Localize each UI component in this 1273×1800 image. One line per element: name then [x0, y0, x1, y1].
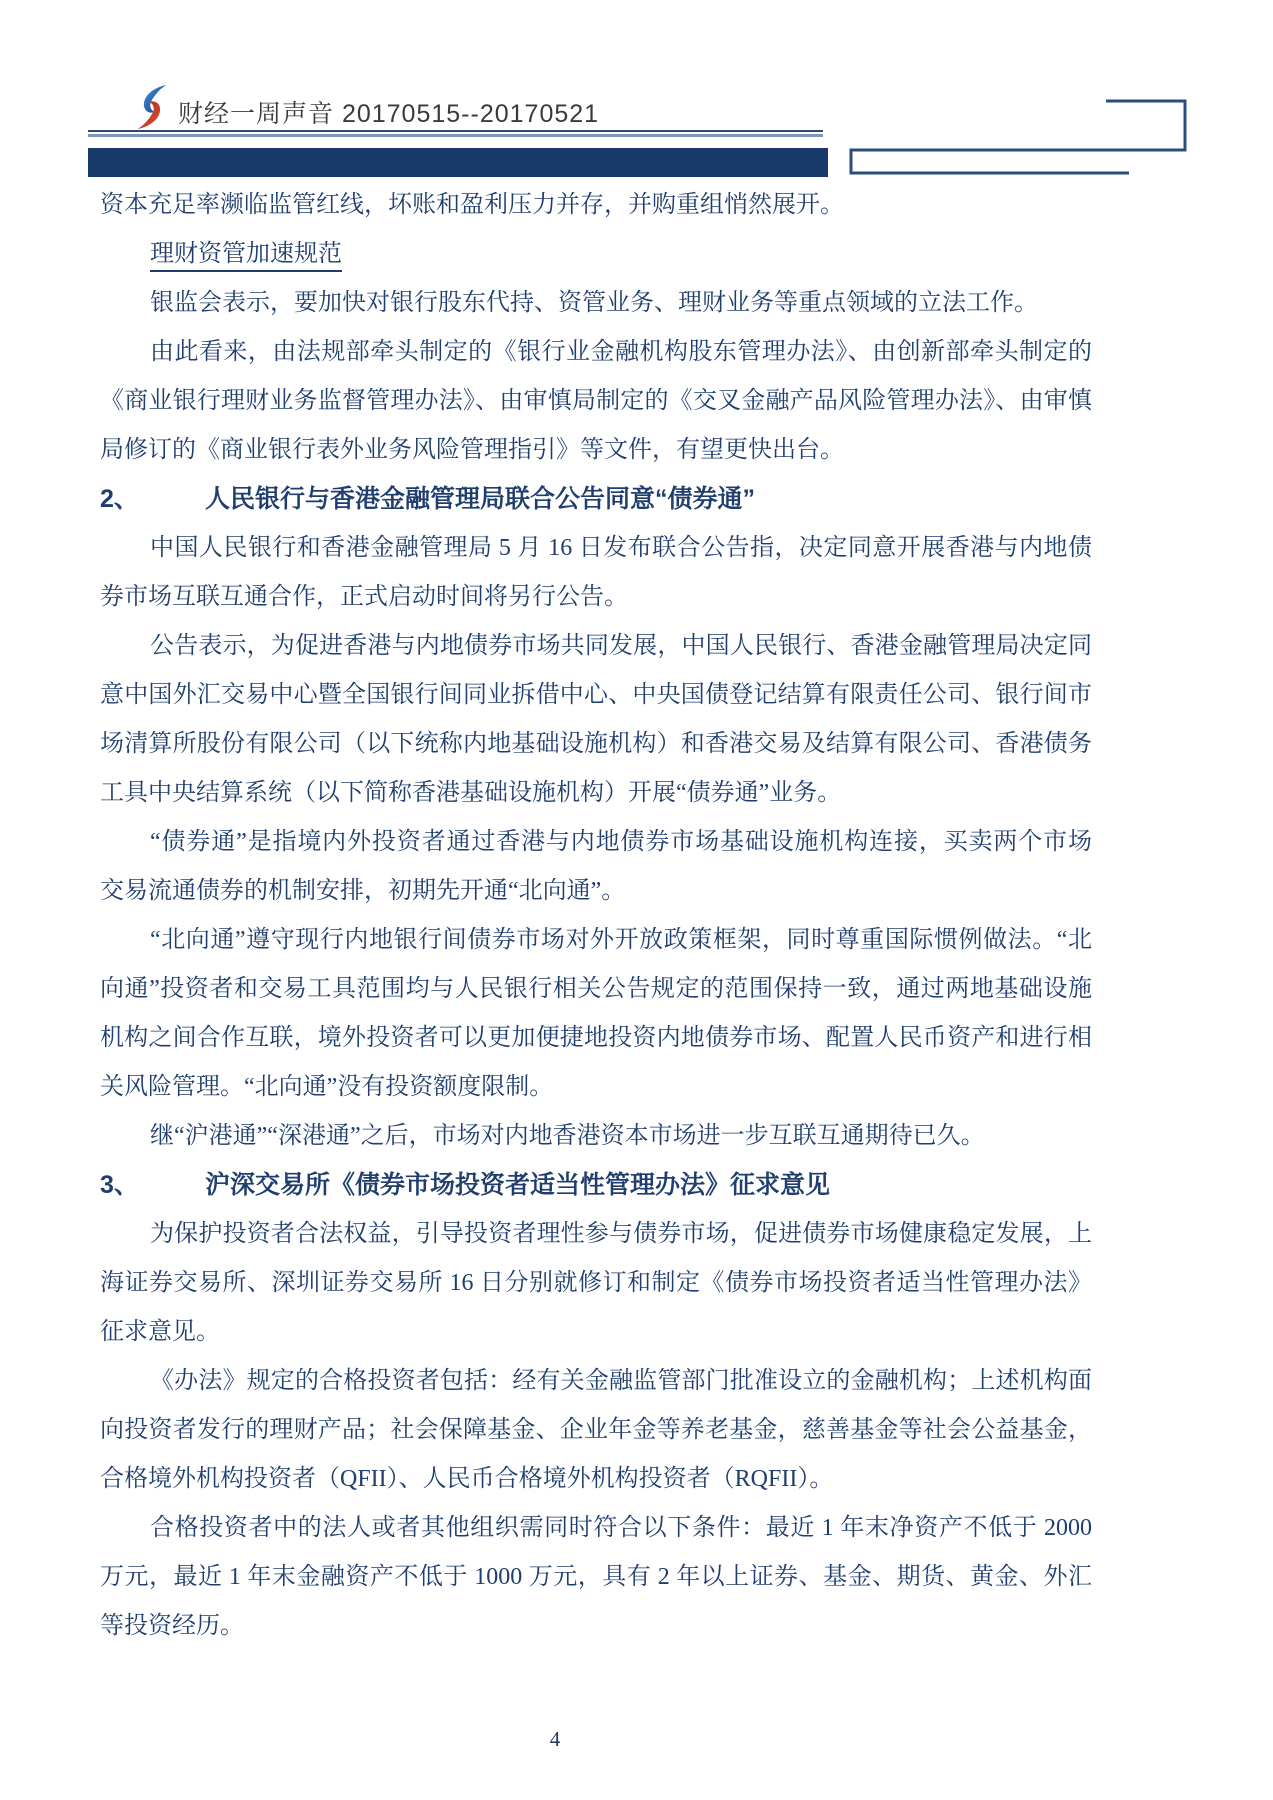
text-line-content: 券市场互联互通合作，正式启动时间将另行公告。 — [100, 584, 628, 610]
text-line-content: 局修订的《商业银行表外业务风险管理指引》等文件，有望更快出台。 — [100, 437, 844, 463]
text-line-content: 场清算所股份有限公司（以下统称内地基础设施机构）和香港交易及结算有限公司、香港债… — [100, 731, 1092, 757]
text-line: “北向通”遵守现行内地银行间债券市场对外开放政策框架，同时尊重国际惯例做法。“北 — [100, 916, 1092, 965]
text-line: 工具中央结算系统（以下简称香港基础设施机构）开展“债券通”业务。 — [100, 769, 1092, 818]
text-line: 券市场互联互通合作，正式启动时间将另行公告。 — [100, 573, 1092, 622]
text-line-content: 机构之间合作互联，境外投资者可以更加便捷地投资内地债券市场、配置人民币资产和进行… — [100, 1025, 1092, 1051]
text-line: 场清算所股份有限公司（以下统称内地基础设施机构）和香港交易及结算有限公司、香港债… — [100, 720, 1092, 769]
text-line: 关风险管理。“北向通”没有投资额度限制。 — [100, 1063, 1092, 1112]
text-line-content: 为保护投资者合法权益，引导投资者理性参与债券市场，促进债券市场健康稳定发展，上 — [150, 1221, 1092, 1247]
text-line-content: 合格境外机构投资者（QFII）、人民币合格境外机构投资者（RQFII）。 — [100, 1466, 833, 1492]
heading-number: 3、 — [100, 1161, 205, 1210]
section-heading: 2、人民银行与香港金融管理局联合公告同意“债券通” — [100, 475, 1092, 524]
text-line-content: 万元，最近 1 年末金融资产不低于 1000 万元，具有 2 年以上证券、基金、… — [100, 1564, 1092, 1590]
text-line-content: 资本充足率濒临监管红线，坏账和盈利压力并存，并购重组悄然展开。 — [100, 192, 844, 218]
text-line: 中国人民银行和香港金融管理局 5 月 16 日发布联合公告指，决定同意开展香港与… — [100, 524, 1092, 573]
text-line: 合格投资者中的法人或者其他组织需同时符合以下条件：最近 1 年末净资产不低于 2… — [100, 1504, 1092, 1553]
text-line: 《办法》规定的合格投资者包括：经有关金融监管部门批准设立的金融机构；上述机构面 — [100, 1357, 1092, 1406]
heading-number: 2、 — [100, 475, 205, 524]
heading-text: 沪深交易所《债券市场投资者适当性管理办法》征求意见 — [205, 1171, 830, 1199]
text-line-content: 工具中央结算系统（以下简称香港基础设施机构）开展“债券通”业务。 — [100, 780, 841, 806]
header-rule — [88, 130, 823, 137]
heading-text: 人民银行与香港金融管理局联合公告同意“债券通” — [205, 485, 755, 513]
text-line: 资本充足率濒临监管红线，坏账和盈利压力并存，并购重组悄然展开。 — [100, 181, 1092, 230]
text-line-content: 银监会表示，要加快对银行股东代持、资管业务、理财业务等重点领域的立法工作。 — [150, 290, 1038, 316]
text-line-content: 意中国外汇交易中心暨全国银行间同业拆借中心、中央国债登记结算有限责任公司、银行间… — [100, 682, 1092, 708]
header-bar — [88, 148, 828, 177]
text-line: 合格境外机构投资者（QFII）、人民币合格境外机构投资者（RQFII）。 — [100, 1455, 1092, 1504]
text-line-content: 《办法》规定的合格投资者包括：经有关金融监管部门批准设立的金融机构；上述机构面 — [150, 1368, 1092, 1394]
text-line: 公告表示，为促进香港与内地债券市场共同发展，中国人民银行、香港金融管理局决定同 — [100, 622, 1092, 671]
document-page: 财经一周声音 20170515--20170521 资本充足率濒临监管红线，坏账… — [0, 0, 1273, 1800]
text-line-content: 继“沪港通”“深港通”之后，市场对内地香港资本市场进一步互联互通期待已久。 — [150, 1123, 985, 1149]
text-line: 由此看来，由法规部牵头制定的《银行业金融机构股东管理办法》、由创新部牵头制定的 — [100, 328, 1092, 377]
text-line: 向投资者发行的理财产品；社会保障基金、企业年金等养老基金，慈善基金等社会公益基金… — [100, 1406, 1092, 1455]
text-line: 《商业银行理财业务监督管理办法》、由审慎局制定的《交叉金融产品风险管理办法》、由… — [100, 377, 1092, 426]
text-line: 万元，最近 1 年末金融资产不低于 1000 万元，具有 2 年以上证券、基金、… — [100, 1553, 1092, 1602]
text-line-content: 《商业银行理财业务监督管理办法》、由审慎局制定的《交叉金融产品风险管理办法》、由… — [100, 388, 1092, 414]
text-line-content: 公告表示，为促进香港与内地债券市场共同发展，中国人民银行、香港金融管理局决定同 — [150, 633, 1092, 659]
text-line-content: 关风险管理。“北向通”没有投资额度限制。 — [100, 1074, 553, 1100]
text-line: 交易流通债券的机制安排，初期先开通“北向通”。 — [100, 867, 1092, 916]
text-line-content: 合格投资者中的法人或者其他组织需同时符合以下条件：最近 1 年末净资产不低于 2… — [150, 1515, 1092, 1541]
text-line-content: 中国人民银行和香港金融管理局 5 月 16 日发布联合公告指，决定同意开展香港与… — [150, 535, 1092, 561]
text-line-content: “债券通”是指境内外投资者通过香港与内地债券市场基础设施机构连接，买卖两个市场 — [150, 829, 1092, 855]
document-body: 资本充足率濒临监管红线，坏账和盈利压力并存，并购重组悄然展开。理财资管加速规范银… — [100, 181, 1092, 1651]
text-line-content: “北向通”遵守现行内地银行间债券市场对外开放政策框架，同时尊重国际惯例做法。“北 — [150, 927, 1092, 953]
text-line: 机构之间合作互联，境外投资者可以更加便捷地投资内地债券市场、配置人民币资产和进行… — [100, 1014, 1092, 1063]
subsection-title: 理财资管加速规范 — [100, 230, 1092, 279]
text-line-content: 理财资管加速规范 — [150, 241, 342, 272]
text-line: 等投资经历。 — [100, 1602, 1092, 1651]
brand-logo-icon — [136, 84, 168, 130]
text-line-content: 征求意见。 — [100, 1319, 220, 1345]
text-line: 征求意见。 — [100, 1308, 1092, 1357]
page-number: 4 — [100, 1727, 1010, 1752]
text-line: 向通”投资者和交易工具范围均与人民银行相关公告规定的范围保持一致，通过两地基础设… — [100, 965, 1092, 1014]
text-line: 海证券交易所、深圳证券交易所 16 日分别就修订和制定《债券市场投资者适当性管理… — [100, 1259, 1092, 1308]
text-line-content: 向通”投资者和交易工具范围均与人民银行相关公告规定的范围保持一致，通过两地基础设… — [100, 976, 1092, 1002]
text-line-content: 等投资经历。 — [100, 1613, 244, 1639]
text-line-content: 交易流通债券的机制安排，初期先开通“北向通”。 — [100, 878, 625, 904]
text-line-content: 海证券交易所、深圳证券交易所 16 日分别就修订和制定《债券市场投资者适当性管理… — [100, 1270, 1092, 1296]
text-line: 银监会表示，要加快对银行股东代持、资管业务、理财业务等重点领域的立法工作。 — [100, 279, 1092, 328]
text-line-content: 由此看来，由法规部牵头制定的《银行业金融机构股东管理办法》、由创新部牵头制定的 — [150, 339, 1092, 365]
text-line: 为保护投资者合法权益，引导投资者理性参与债券市场，促进债券市场健康稳定发展，上 — [100, 1210, 1092, 1259]
page-title: 财经一周声音 20170515--20170521 — [178, 94, 599, 130]
text-line: 局修订的《商业银行表外业务风险管理指引》等文件，有望更快出台。 — [100, 426, 1092, 475]
text-line-content: 向投资者发行的理财产品；社会保障基金、企业年金等养老基金，慈善基金等社会公益基金… — [100, 1417, 1092, 1443]
text-line: 继“沪港通”“深港通”之后，市场对内地香港资本市场进一步互联互通期待已久。 — [100, 1112, 1092, 1161]
text-line: “债券通”是指境内外投资者通过香港与内地债券市场基础设施机构连接，买卖两个市场 — [100, 818, 1092, 867]
section-heading: 3、沪深交易所《债券市场投资者适当性管理办法》征求意见 — [100, 1161, 1092, 1210]
text-line: 意中国外汇交易中心暨全国银行间同业拆借中心、中央国债登记结算有限责任公司、银行间… — [100, 671, 1092, 720]
